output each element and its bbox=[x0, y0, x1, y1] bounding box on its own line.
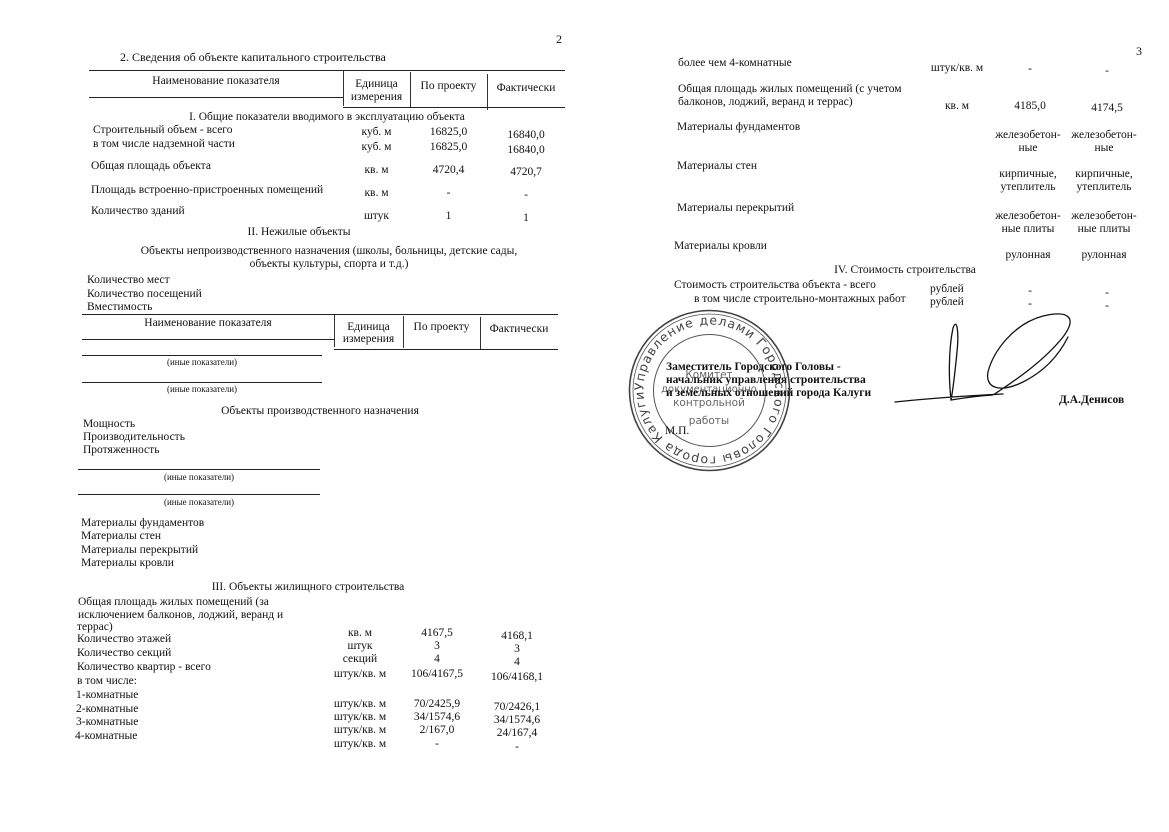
row-actual: 3 bbox=[478, 643, 556, 656]
row-actual: 4168,1 bbox=[478, 630, 556, 643]
col-header-name: Наименование показателя bbox=[82, 317, 334, 330]
row-unit: рублей bbox=[930, 283, 964, 296]
signatory-name: Д.А.Денисов bbox=[1059, 394, 1124, 407]
nonprod-title: объекты культуры, спорта и т.д.) bbox=[89, 258, 569, 271]
table-top-rule bbox=[82, 314, 558, 315]
row-unit: кв. м bbox=[343, 187, 410, 200]
row-project: 1 bbox=[410, 210, 487, 223]
row-actual: железобетон- bbox=[1064, 210, 1144, 223]
col-header-name: Наименование показателя bbox=[89, 75, 343, 88]
row-actual: - bbox=[478, 741, 556, 754]
row-project: кирпичные, bbox=[988, 168, 1068, 181]
signatory-position: начальник управления строительства bbox=[666, 374, 866, 387]
row-project: 16825,0 bbox=[410, 126, 487, 139]
part3-title: III. Объекты жилищного строительства bbox=[78, 581, 538, 594]
row-project: - bbox=[992, 285, 1068, 298]
row-project: 4720,4 bbox=[410, 164, 487, 177]
row-label: балконов, лоджий, веранд и террас) bbox=[678, 96, 853, 109]
row-actual: 4720,7 bbox=[487, 166, 565, 179]
row-project: рулонная bbox=[988, 249, 1068, 262]
row-label: 1-комнатные bbox=[76, 689, 138, 702]
table-top-rule bbox=[89, 70, 565, 71]
row-unit: штук/кв. м bbox=[320, 668, 400, 681]
blank-line bbox=[78, 494, 320, 495]
row-unit: штук/кв. м bbox=[320, 738, 400, 751]
row-project: ные плиты bbox=[988, 223, 1068, 236]
row-actual: - bbox=[1068, 287, 1146, 300]
material-item: Материалы стен bbox=[81, 530, 161, 543]
col-header-project: По проекту bbox=[403, 321, 480, 334]
row-project: 2/167,0 bbox=[398, 724, 476, 737]
row-actual: кирпичные, bbox=[1064, 168, 1144, 181]
row-unit: секций bbox=[320, 653, 400, 666]
row-label: Материалы стен bbox=[677, 160, 757, 173]
material-item: Материалы кровли bbox=[81, 557, 174, 570]
row-unit: кв. м bbox=[320, 627, 400, 640]
blank-line bbox=[82, 382, 322, 383]
row-actual: 4 bbox=[478, 656, 556, 669]
nonprod-title: Объекты непроизводственного назначения (… bbox=[89, 245, 569, 258]
row-label: Количество квартир - всего bbox=[77, 661, 211, 674]
section-title: 2. Сведения об объекте капитального стро… bbox=[120, 51, 386, 65]
living-area-label: Общая площадь жилых помещений (за bbox=[78, 596, 269, 609]
row-project: - bbox=[410, 187, 487, 200]
row-unit: штук/кв. м bbox=[320, 711, 400, 724]
page-number: 3 bbox=[1136, 45, 1142, 59]
row-unit: куб. м bbox=[343, 141, 410, 154]
row-label: Общая площадь жилых помещений (с учетом bbox=[678, 83, 902, 96]
row-project: утеплитель bbox=[988, 181, 1068, 194]
header-rule bbox=[89, 97, 343, 98]
col-header-project: По проекту bbox=[410, 80, 487, 93]
prod-item: Мощность bbox=[83, 418, 135, 431]
row-unit: штук bbox=[343, 210, 410, 223]
col-header-unit: Единица bbox=[334, 321, 403, 334]
row-label: Материалы кровли bbox=[674, 240, 767, 253]
blank-line bbox=[82, 355, 322, 356]
row-project: 70/2425,9 bbox=[398, 698, 476, 711]
row-label: 4-комнатные bbox=[75, 730, 137, 743]
col-header-unit: измерения bbox=[343, 91, 410, 104]
row-actual: утеплитель bbox=[1064, 181, 1144, 194]
col-header-actual: Фактически bbox=[487, 82, 565, 95]
row-actual: - bbox=[487, 189, 565, 202]
part1-title: I. Общие показатели вводимого в эксплуат… bbox=[89, 111, 565, 124]
row-label: 3-комнатные bbox=[76, 716, 138, 729]
row-unit: штук/кв. м bbox=[320, 724, 400, 737]
row-unit: штук/кв. м bbox=[320, 698, 400, 711]
signatory-position: Заместитель Городского Головы - bbox=[666, 361, 841, 374]
nonprod-item: Вместимость bbox=[87, 301, 152, 314]
part4-title: IV. Стоимость строительства bbox=[780, 264, 1030, 277]
row-project: 106/4167,5 bbox=[398, 668, 476, 681]
prod-item: Протяженность bbox=[83, 444, 159, 457]
row-project: 4 bbox=[398, 653, 476, 666]
row-label: Строительный объем - всего bbox=[93, 124, 232, 137]
header-rule bbox=[343, 107, 565, 108]
page-number: 2 bbox=[556, 33, 562, 47]
row-actual: 106/4168,1 bbox=[478, 671, 556, 684]
row-actual: - bbox=[1068, 65, 1146, 78]
row-label: Количество этажей bbox=[77, 633, 171, 646]
row-project: ные bbox=[988, 142, 1068, 155]
stamp-inner-text: работы bbox=[689, 415, 729, 427]
row-actual: железобетон- bbox=[1064, 129, 1144, 142]
material-item: Материалы перекрытий bbox=[81, 544, 198, 557]
row-actual: 34/1574,6 bbox=[478, 714, 556, 727]
row-project: 4167,5 bbox=[398, 627, 476, 640]
col-header-unit: измерения bbox=[334, 333, 403, 346]
row-project: 4185,0 bbox=[992, 100, 1068, 113]
row-label: Материалы фундаментов bbox=[677, 121, 800, 134]
row-label: 2-комнатные bbox=[76, 703, 138, 716]
row-project: 16825,0 bbox=[410, 141, 487, 154]
nonprod-item: Количество посещений bbox=[87, 288, 202, 301]
row-unit: рублей bbox=[930, 296, 964, 309]
row-label: в том числе надземной части bbox=[93, 138, 235, 151]
row-label: Материалы перекрытий bbox=[677, 202, 794, 215]
row-actual: ные плиты bbox=[1064, 223, 1144, 236]
row-project: - bbox=[992, 63, 1068, 76]
other-indicators: (иные показатели) bbox=[82, 357, 322, 367]
row-unit: кв. м bbox=[343, 164, 410, 177]
other-indicators: (иные показатели) bbox=[78, 472, 320, 482]
part2-title: II. Нежилые объекты bbox=[89, 226, 509, 239]
header-rule bbox=[82, 339, 334, 340]
row-label: Стоимость строительства объекта - всего bbox=[674, 279, 876, 292]
row-label: в том числе строительно-монтажных работ bbox=[694, 293, 906, 306]
nonprod-item: Количество мест bbox=[87, 274, 170, 287]
row-project: - bbox=[398, 738, 476, 751]
blank-line bbox=[78, 469, 320, 470]
row-actual: 16840,0 bbox=[487, 144, 565, 157]
row-actual: ные bbox=[1064, 142, 1144, 155]
row-label: Площадь встроенно-пристроенных помещений bbox=[91, 184, 323, 197]
signatory-position: и земельных отношений города Калуги bbox=[666, 387, 871, 400]
row-label: более чем 4-комнатные bbox=[678, 57, 792, 70]
row-label: Количество зданий bbox=[91, 205, 185, 218]
row-project: железобетон- bbox=[988, 210, 1068, 223]
row-actual: 16840,0 bbox=[487, 129, 565, 142]
row-actual: 1 bbox=[487, 212, 565, 225]
row-actual: рулонная bbox=[1064, 249, 1144, 262]
col-header-unit: Единица bbox=[343, 78, 410, 91]
row-label: в том числе: bbox=[77, 675, 137, 688]
row-actual: 24/167,4 bbox=[478, 727, 556, 740]
other-indicators: (иные показатели) bbox=[82, 384, 322, 394]
row-project: железобетон- bbox=[988, 129, 1068, 142]
prod-title: Объекты производственного назначения bbox=[82, 405, 558, 418]
row-label: Количество секций bbox=[77, 647, 171, 660]
row-actual: 70/2426,1 bbox=[478, 701, 556, 714]
row-unit: куб. м bbox=[343, 126, 410, 139]
row-unit: штук/кв. м bbox=[917, 62, 997, 75]
material-item: Материалы фундаментов bbox=[81, 517, 204, 530]
row-label: Общая площадь объекта bbox=[91, 160, 211, 173]
row-unit: кв. м bbox=[917, 100, 997, 113]
row-project: 34/1574,6 bbox=[398, 711, 476, 724]
header-rule bbox=[334, 349, 558, 350]
seal-mark: М.П. bbox=[665, 425, 689, 438]
row-actual: 4174,5 bbox=[1068, 102, 1146, 115]
other-indicators: (иные показатели) bbox=[78, 497, 320, 507]
col-header-actual: Фактически bbox=[480, 323, 558, 336]
prod-item: Производительность bbox=[83, 431, 185, 444]
row-project: 3 bbox=[398, 640, 476, 653]
row-unit: штук bbox=[320, 640, 400, 653]
row-project: - bbox=[992, 298, 1068, 311]
